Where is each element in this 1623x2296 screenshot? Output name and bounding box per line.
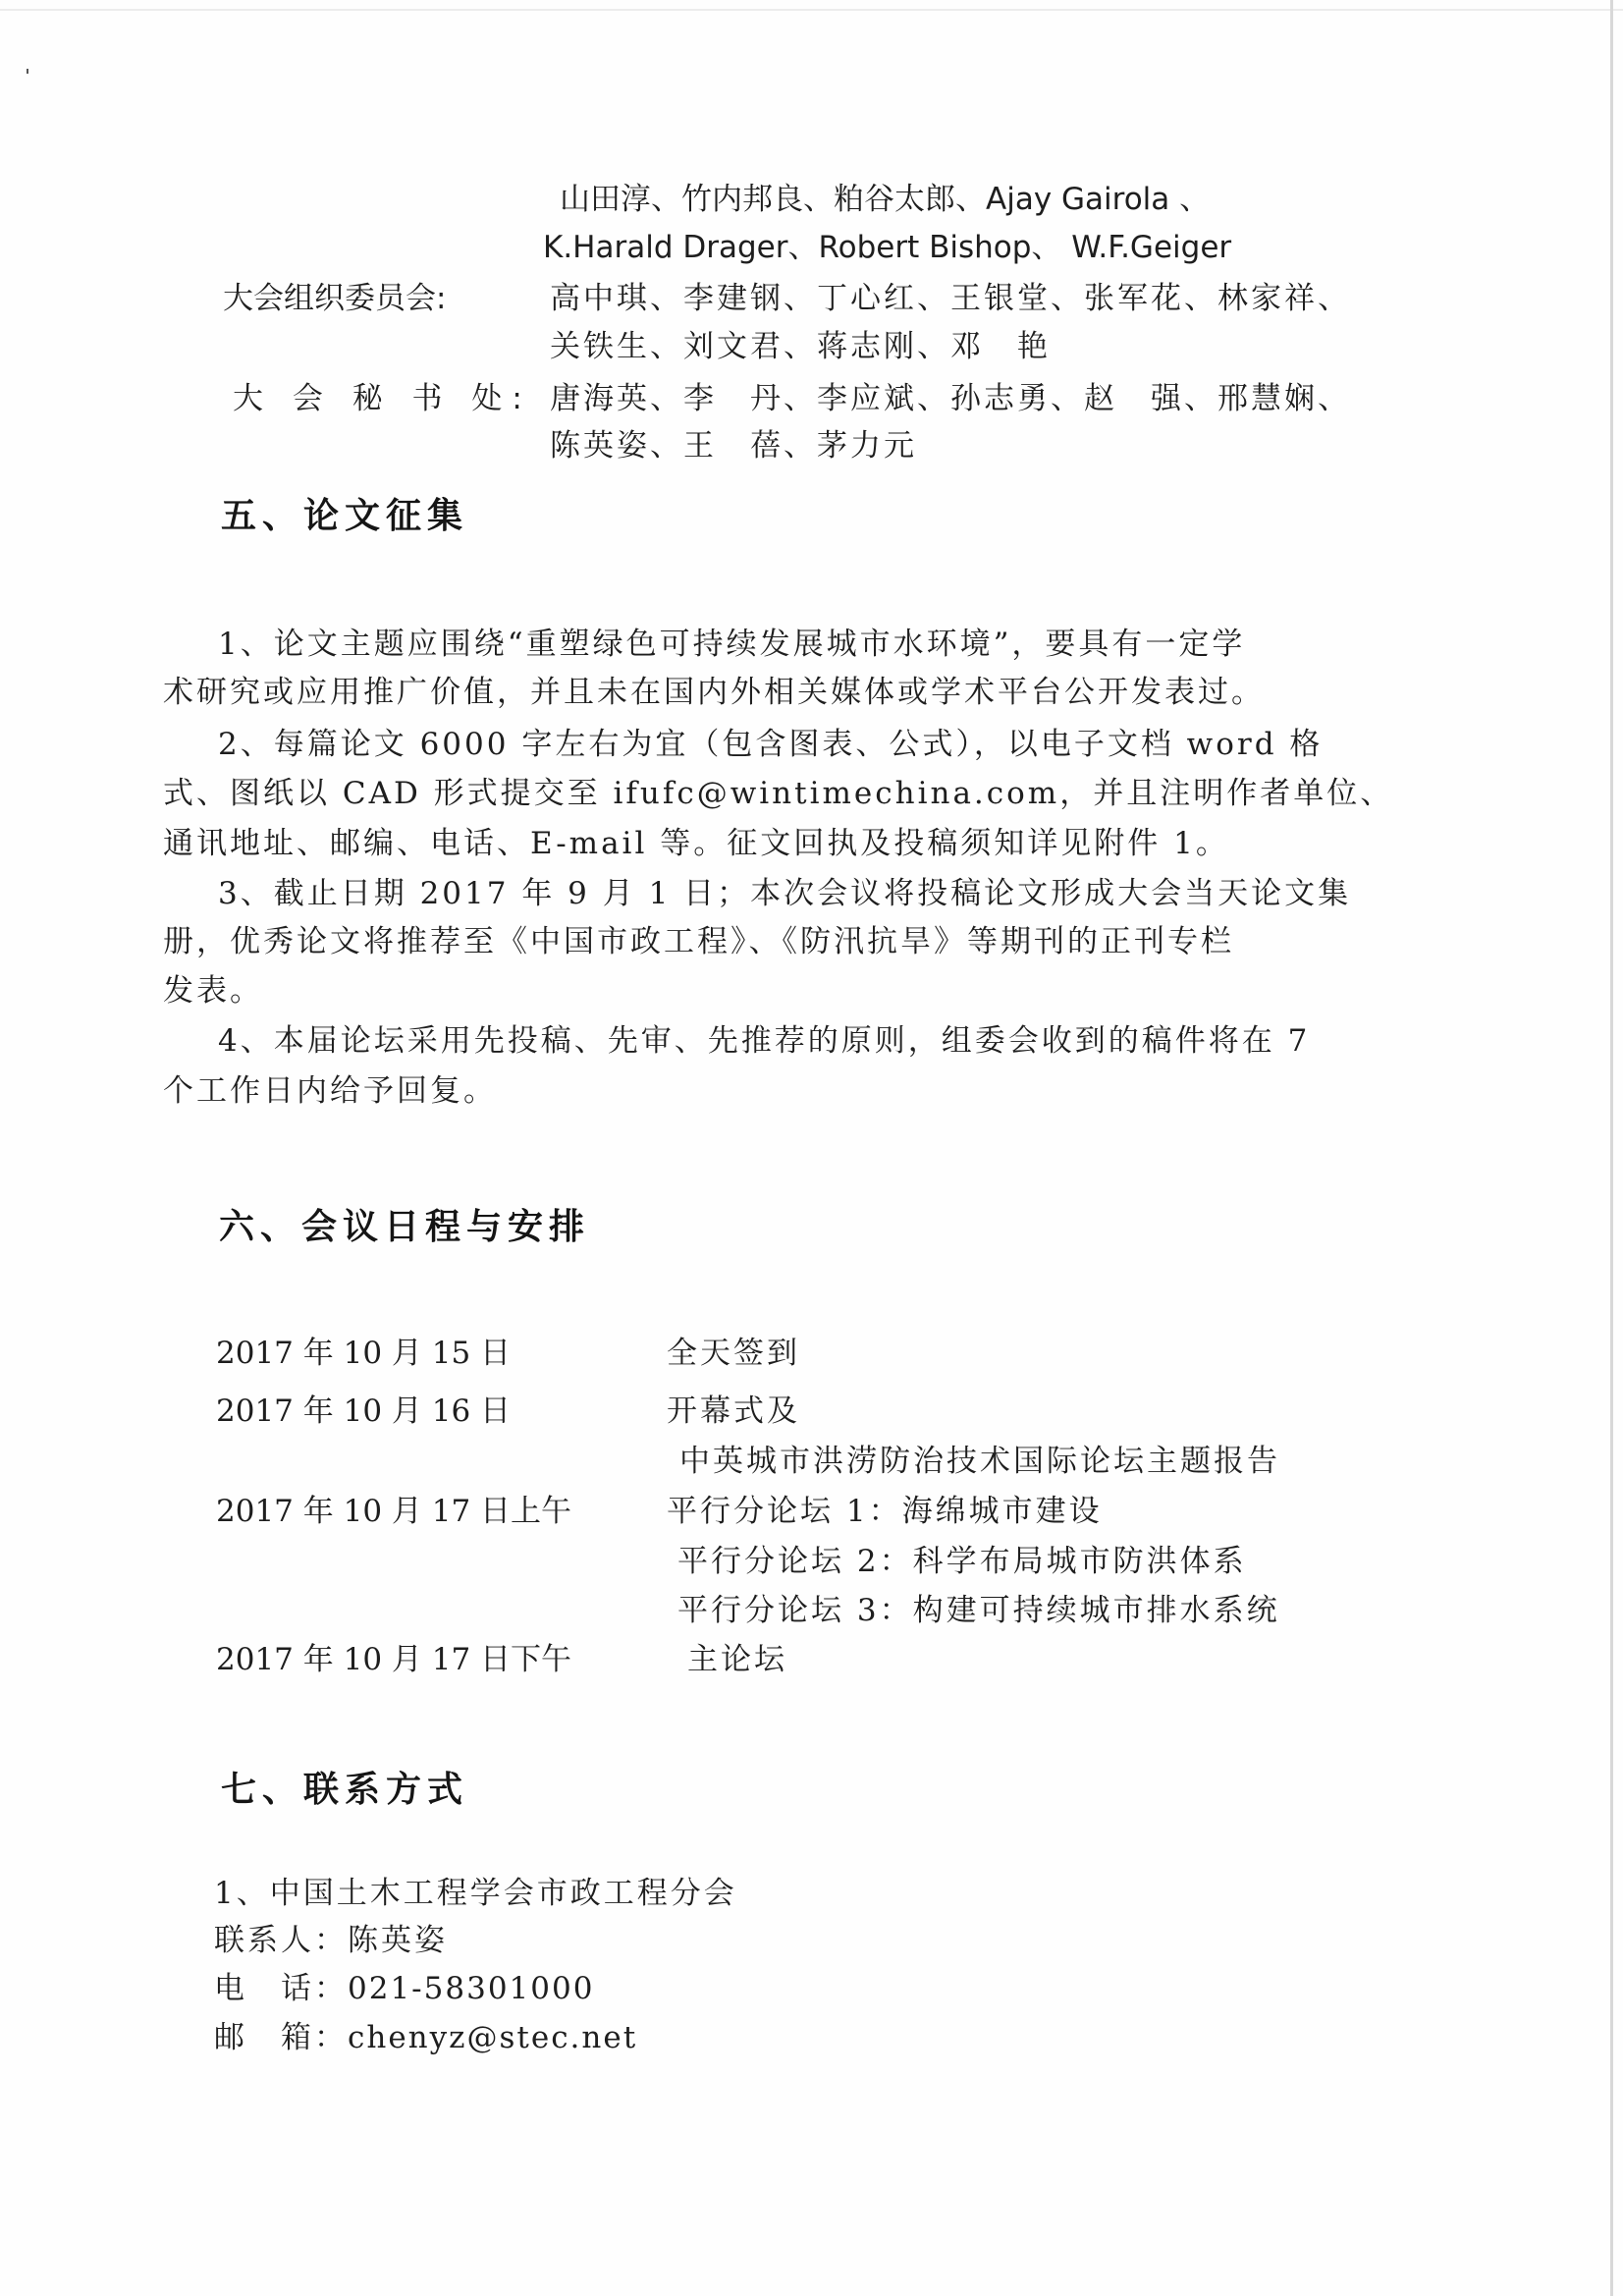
- contact-email-label: 邮 箱：: [214, 2020, 348, 2055]
- contact-person: 陈英姿: [348, 1923, 448, 1958]
- schedule-date: 2017 年 10 月 17 日上午: [216, 1492, 571, 1531]
- organizing-committee-line-2: 关铁生、刘文君、蒋志刚、邓 艳: [550, 327, 1051, 366]
- contact-email[interactable]: chenyz@stec.net: [348, 2020, 637, 2055]
- papers-line: 2、每篇论文 6000 字左右为宜（包含图表、公式），以电子文档 word 格: [218, 725, 1323, 764]
- scan-edge-right: [1610, 0, 1613, 2296]
- papers-line: 1、论文主题应围绕“重塑绿色可持续发展城市水环境”，要具有一定学: [218, 625, 1245, 664]
- secretariat-line-1: 唐海英、李 丹、李应斌、孙志勇、赵 强、邢慧娴、: [550, 379, 1351, 418]
- section-heading-contact: 七、联系方式: [221, 1769, 468, 1812]
- papers-line: 3、截止日期 2017 年 9 月 1 日；本次会议将投稿论文形成大会当天论文集: [218, 874, 1351, 913]
- scan-speck: [27, 69, 28, 74]
- advisory-names-line-2: K.Harald Drager、Robert Bishop、 W.F.Geige…: [543, 228, 1231, 267]
- papers-line: 4、本届论坛采用先投稿、先审、先推荐的原则，组委会收到的稿件将在 7: [218, 1021, 1310, 1061]
- advisory-names-line-1: 山田淳、竹内邦良、粕谷太郎、Ajay Gairola 、: [560, 180, 1210, 219]
- secretariat-label: 大 会 秘 书 处:: [233, 379, 532, 418]
- contact-phone: 021-58301000: [348, 1971, 594, 2006]
- contact-phone-row: 电 话：021-58301000: [214, 1969, 594, 2008]
- organizing-committee-label: 大会组织委员会:: [223, 279, 446, 318]
- papers-line: 式、图纸以 CAD 形式提交至 ifufc@wintimechina.com，并…: [163, 774, 1393, 813]
- organizing-committee-line-1: 高中琪、李建钢、丁心红、王银堂、张军花、林家祥、: [550, 279, 1351, 318]
- contact-organization: 1、中国土木工程学会市政工程分会: [214, 1874, 737, 1913]
- scan-edge-top: [0, 9, 1623, 11]
- contact-phone-label: 电 话：: [214, 1971, 348, 2006]
- papers-line: 术研究或应用推广价值，并且未在国内外相关媒体或学术平台公开发表过。: [163, 673, 1265, 712]
- document-page: 山田淳、竹内邦良、粕谷太郎、Ajay Gairola 、 K.Harald Dr…: [0, 0, 1623, 2296]
- contact-person-label: 联系人：: [214, 1923, 348, 1958]
- schedule-item: 开幕式及: [667, 1392, 800, 1431]
- schedule-item: 全天签到: [667, 1334, 800, 1373]
- schedule-item: 主论坛: [687, 1640, 787, 1679]
- schedule-date: 2017 年 10 月 17 日下午: [216, 1640, 571, 1679]
- papers-line: 个工作日内给予回复。: [163, 1071, 497, 1111]
- section-heading-papers: 五、论文征集: [221, 495, 468, 538]
- papers-line: 通讯地址、邮编、电话、E-mail 等。征文回执及投稿须知详见附件 1。: [163, 824, 1229, 863]
- papers-line: 册，优秀论文将推荐至《中国市政工程》、《防汛抗旱》等期刊的正刊专栏: [163, 922, 1234, 961]
- section-heading-schedule: 六、会议日程与安排: [219, 1206, 590, 1249]
- schedule-item: 平行分论坛 3：构建可持续城市排水系统: [677, 1591, 1280, 1630]
- contact-email-row: 邮 箱：chenyz@stec.net: [214, 2018, 637, 2057]
- secretariat-line-2: 陈英姿、王 蓓、茅力元: [550, 426, 917, 465]
- schedule-item: 中英城市洪涝防治技术国际论坛主题报告: [679, 1442, 1280, 1481]
- schedule-date: 2017 年 10 月 15 日: [216, 1334, 511, 1373]
- schedule-item: 平行分论坛 1：海绵城市建设: [667, 1492, 1103, 1531]
- schedule-date: 2017 年 10 月 16 日: [216, 1392, 511, 1431]
- schedule-item: 平行分论坛 2：科学布局城市防洪体系: [677, 1542, 1247, 1581]
- papers-line: 发表。: [163, 971, 263, 1011]
- contact-person-row: 联系人：陈英姿: [214, 1921, 448, 1960]
